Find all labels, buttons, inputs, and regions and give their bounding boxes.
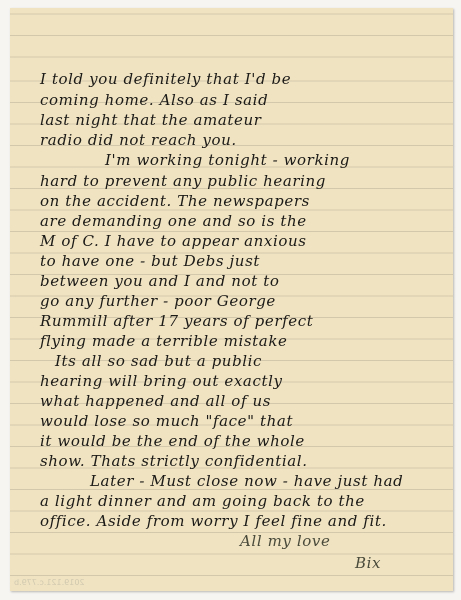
letter-line: last night that the amateur <box>40 111 262 129</box>
letter-line: hearing will bring out exactly <box>40 372 283 390</box>
letter-line: office. Aside from worry I feel fine and… <box>40 512 387 530</box>
letter-line: hard to prevent any public hearing <box>40 172 326 190</box>
letter-line: I told you definitely that I'd be <box>40 70 291 88</box>
letter-line: what happened and all of us <box>40 392 271 410</box>
letter-line: show. Thats strictly confidential. <box>40 452 308 470</box>
letter-line: M of C. I have to appear anxious <box>40 232 307 250</box>
letter-line: between you and I and not to <box>40 272 279 290</box>
letter-line: I'm working tonight - working <box>105 151 350 169</box>
letter-line: Its all so sad but a public <box>55 352 262 370</box>
letter-line: it would be the end of the whole <box>40 432 305 450</box>
letter-signature: Bix <box>355 554 381 572</box>
letter-line: coming home. Also as I said <box>40 91 268 109</box>
letter-line: radio did not reach you. <box>40 131 237 149</box>
letter-line: would lose so much "face" that <box>40 412 293 430</box>
letter-line: to have one - but Debs just <box>40 252 260 270</box>
letter-line: are demanding one and so is the <box>40 212 307 230</box>
letter-line: on the accident. The newspapers <box>40 192 310 210</box>
letter-closing: All my love <box>240 532 330 550</box>
letter-line: flying made a terrible mistake <box>40 332 288 350</box>
letter-line: Rummill after 17 years of perfect <box>40 312 313 330</box>
letter-line: a light dinner and am going back to the <box>40 492 365 510</box>
letter-line: Later - Must close now - have just had <box>90 472 403 490</box>
letter-page: I told you definitely that I'd be coming… <box>10 8 453 591</box>
letter-line: go any further - poor George <box>40 292 276 310</box>
archive-stamp: 2019.121.c.779.b <box>14 578 85 587</box>
